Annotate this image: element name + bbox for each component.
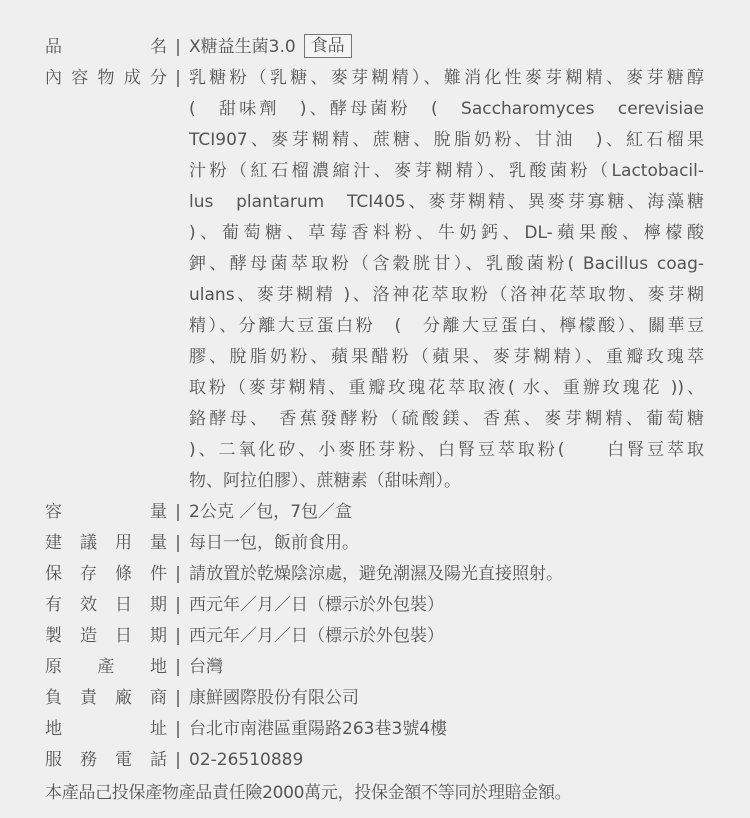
row-storage: 保 存 條 件 | 請放置於乾燥陰涼處，避免潮濕及陽光直接照射。 xyxy=(45,559,750,590)
value-ingredients: 乳糖粉（乳糖、麥芽糊精）、難消化性麥芽糊精、麥芽糖醇 ( 甜味劑 )、酵母菌粉 … xyxy=(189,63,704,497)
label-char: 日 xyxy=(115,621,132,652)
label-char: 存 xyxy=(80,559,97,590)
label-char: 地 xyxy=(150,652,167,683)
label-char: 有 xyxy=(45,590,62,621)
value-address: 台北市南港區重陽路263巷3號4樓 xyxy=(189,714,447,745)
label-char: 量 xyxy=(150,528,167,559)
label-char: 服 xyxy=(45,745,62,776)
row-manufacture-date: 製 造 日 期 | 西元年／月／日（標示於外包裝） xyxy=(45,621,750,652)
label-char: 議 xyxy=(80,528,97,559)
label-char: 廠 xyxy=(115,683,132,714)
label-char: 地 xyxy=(45,714,62,745)
separator: | xyxy=(167,621,189,652)
label-char: 期 xyxy=(150,621,167,652)
ingredients-line: ulans、麥芽糊精 )、洛神花萃取粉（洛神花萃取物、麥芽糊 xyxy=(189,280,704,311)
row-origin: 原 產 地 | 台灣 xyxy=(45,652,750,683)
ingredients-line: TCI907、麥芽糊精、蔗糖、脫脂奶粉、甘油 )、紅石榴果 xyxy=(189,125,704,156)
label-char: 品 xyxy=(45,32,62,63)
row-suggested-dose: 建 議 用 量 | 每日一包，飯前食用。 xyxy=(45,528,750,559)
label-char: 量 xyxy=(150,497,167,528)
label-origin: 原 產 地 xyxy=(45,652,167,683)
ingredients-line: 鉀、酵母菌萃取粉（含穀胱甘）、乳酸菌粉( Bacillus coag- xyxy=(189,249,704,280)
label-char: 建 xyxy=(45,528,62,559)
label-char: 商 xyxy=(150,683,167,714)
value-capacity: 2公克 ／包，7包／盒 xyxy=(189,497,352,528)
separator: | xyxy=(167,714,189,745)
separator: | xyxy=(167,745,189,776)
separator: | xyxy=(167,590,189,621)
value-product-name: X糖益生菌3.0食品 xyxy=(189,32,352,63)
label-ingredients: 內 容 物 成 分 xyxy=(45,63,167,94)
label-address: 地 址 xyxy=(45,714,167,745)
label-char: 務 xyxy=(80,745,97,776)
ingredients-line: ( 甜味劑 )、酵母菌粉 ( Saccharomyces cerevisiae xyxy=(189,94,704,125)
ingredients-line: 鉻酵母、 香蕉發酵粉（硫酸鎂、香蕉、麥芽糊精、葡萄糖 xyxy=(189,404,704,435)
label-char: 容 xyxy=(45,497,62,528)
ingredients-line: 精）、分離大豆蛋白粉 ( 分離大豆蛋白、檸檬酸）、關華豆 xyxy=(189,311,704,342)
label-char: 效 xyxy=(80,590,97,621)
label-char: 物 xyxy=(98,63,115,94)
label-char: 成 xyxy=(124,63,141,94)
value-manufacture-date: 西元年／月／日（標示於外包裝） xyxy=(189,621,444,652)
label-char: 原 xyxy=(45,652,62,683)
ingredients-line: lus plantarum TCI405、麥芽糊精、異麥芽寡糖、海藻糖 xyxy=(189,187,704,218)
label-char: 件 xyxy=(150,559,167,590)
label-char: 分 xyxy=(150,63,167,94)
value-manufacturer: 康鮮國際股份有限公司 xyxy=(189,683,359,714)
separator: | xyxy=(167,652,189,683)
row-expiry-date: 有 效 日 期 | 西元年／月／日（標示於外包裝） xyxy=(45,590,750,621)
row-address: 地 址 | 台北市南港區重陽路263巷3號4樓 xyxy=(45,714,750,745)
separator: | xyxy=(167,528,189,559)
label-char: 責 xyxy=(80,683,97,714)
label-product-name: 品 名 xyxy=(45,32,167,63)
value-suggested-dose: 每日一包，飯前食用。 xyxy=(189,528,359,559)
label-suggested-dose: 建 議 用 量 xyxy=(45,528,167,559)
label-capacity: 容 量 xyxy=(45,497,167,528)
row-ingredients: 內 容 物 成 分 | 乳糖粉（乳糖、麥芽糊精）、難消化性麥芽糊精、麥芽糖醇 (… xyxy=(45,63,750,497)
insurance-footnote: 本產品己投保產物產品責任險2000萬元，投保金額不等同於理賠金額。 xyxy=(45,778,750,809)
row-service-phone: 服 務 電 話 | 02-26510889 xyxy=(45,745,750,776)
label-char: 製 xyxy=(45,621,62,652)
separator: | xyxy=(167,497,189,528)
label-char: 話 xyxy=(150,745,167,776)
ingredients-line: 汁粉（紅石榴濃縮汁、麥芽糊精）、乳酸菌粉（Lactobacil- xyxy=(189,156,704,187)
separator: | xyxy=(167,559,189,590)
label-char: 產 xyxy=(98,652,115,683)
row-manufacturer: 負 責 廠 商 | 康鮮國際股份有限公司 xyxy=(45,683,750,714)
label-char: 日 xyxy=(115,590,132,621)
label-manufacturer: 負 責 廠 商 xyxy=(45,683,167,714)
label-char: 保 xyxy=(45,559,62,590)
ingredients-line: 取粉（麥芽糊精、重瓣玫瑰花萃取液( 水、重辦玫瑰花 ))、 xyxy=(189,373,704,404)
label-char: 負 xyxy=(45,683,62,714)
label-expiry-date: 有 效 日 期 xyxy=(45,590,167,621)
value-expiry-date: 西元年／月／日（標示於外包裝） xyxy=(189,590,444,621)
label-manufacture-date: 製 造 日 期 xyxy=(45,621,167,652)
label-char: 期 xyxy=(150,590,167,621)
label-char: 電 xyxy=(115,745,132,776)
label-char: 內 xyxy=(45,63,62,94)
ingredients-line: 物、阿拉伯膠）、蔗糖素（甜味劑）。 xyxy=(189,466,704,497)
product-info-sheet: 品 名 | X糖益生菌3.0食品 內 容 物 成 分 | 乳糖粉（乳糖、麥芽糊精… xyxy=(0,0,750,809)
separator: | xyxy=(167,32,189,63)
food-badge: 食品 xyxy=(304,34,352,58)
label-storage: 保 存 條 件 xyxy=(45,559,167,590)
label-char: 名 xyxy=(150,32,167,63)
row-product-name: 品 名 | X糖益生菌3.0食品 xyxy=(45,32,750,63)
product-name: X糖益生菌3.0 xyxy=(189,37,296,57)
separator: | xyxy=(167,683,189,714)
separator: | xyxy=(167,63,189,94)
label-service-phone: 服 務 電 話 xyxy=(45,745,167,776)
ingredients-line: )、葡萄糖、草莓香料粉、牛奶鈣、DL-蘋果酸、檸檬酸 xyxy=(189,218,704,249)
row-capacity: 容 量 | 2公克 ／包，7包／盒 xyxy=(45,497,750,528)
value-origin: 台灣 xyxy=(189,652,223,683)
label-char: 址 xyxy=(150,714,167,745)
label-char: 容 xyxy=(71,63,88,94)
ingredients-line: 乳糖粉（乳糖、麥芽糊精）、難消化性麥芽糊精、麥芽糖醇 xyxy=(189,63,704,94)
label-char: 條 xyxy=(115,559,132,590)
value-service-phone: 02-26510889 xyxy=(189,745,303,776)
label-char: 造 xyxy=(80,621,97,652)
label-char: 用 xyxy=(115,528,132,559)
value-storage: 請放置於乾燥陰涼處，避免潮濕及陽光直接照射。 xyxy=(189,559,563,590)
ingredients-line: )、二氧化矽、小麥胚芽粉、白腎豆萃取粉( 白腎豆萃取 xyxy=(189,435,704,466)
ingredients-line: 膠、脫脂奶粉、蘋果醋粉（蘋果、麥芽糊精）、重瓣玫瑰萃 xyxy=(189,342,704,373)
